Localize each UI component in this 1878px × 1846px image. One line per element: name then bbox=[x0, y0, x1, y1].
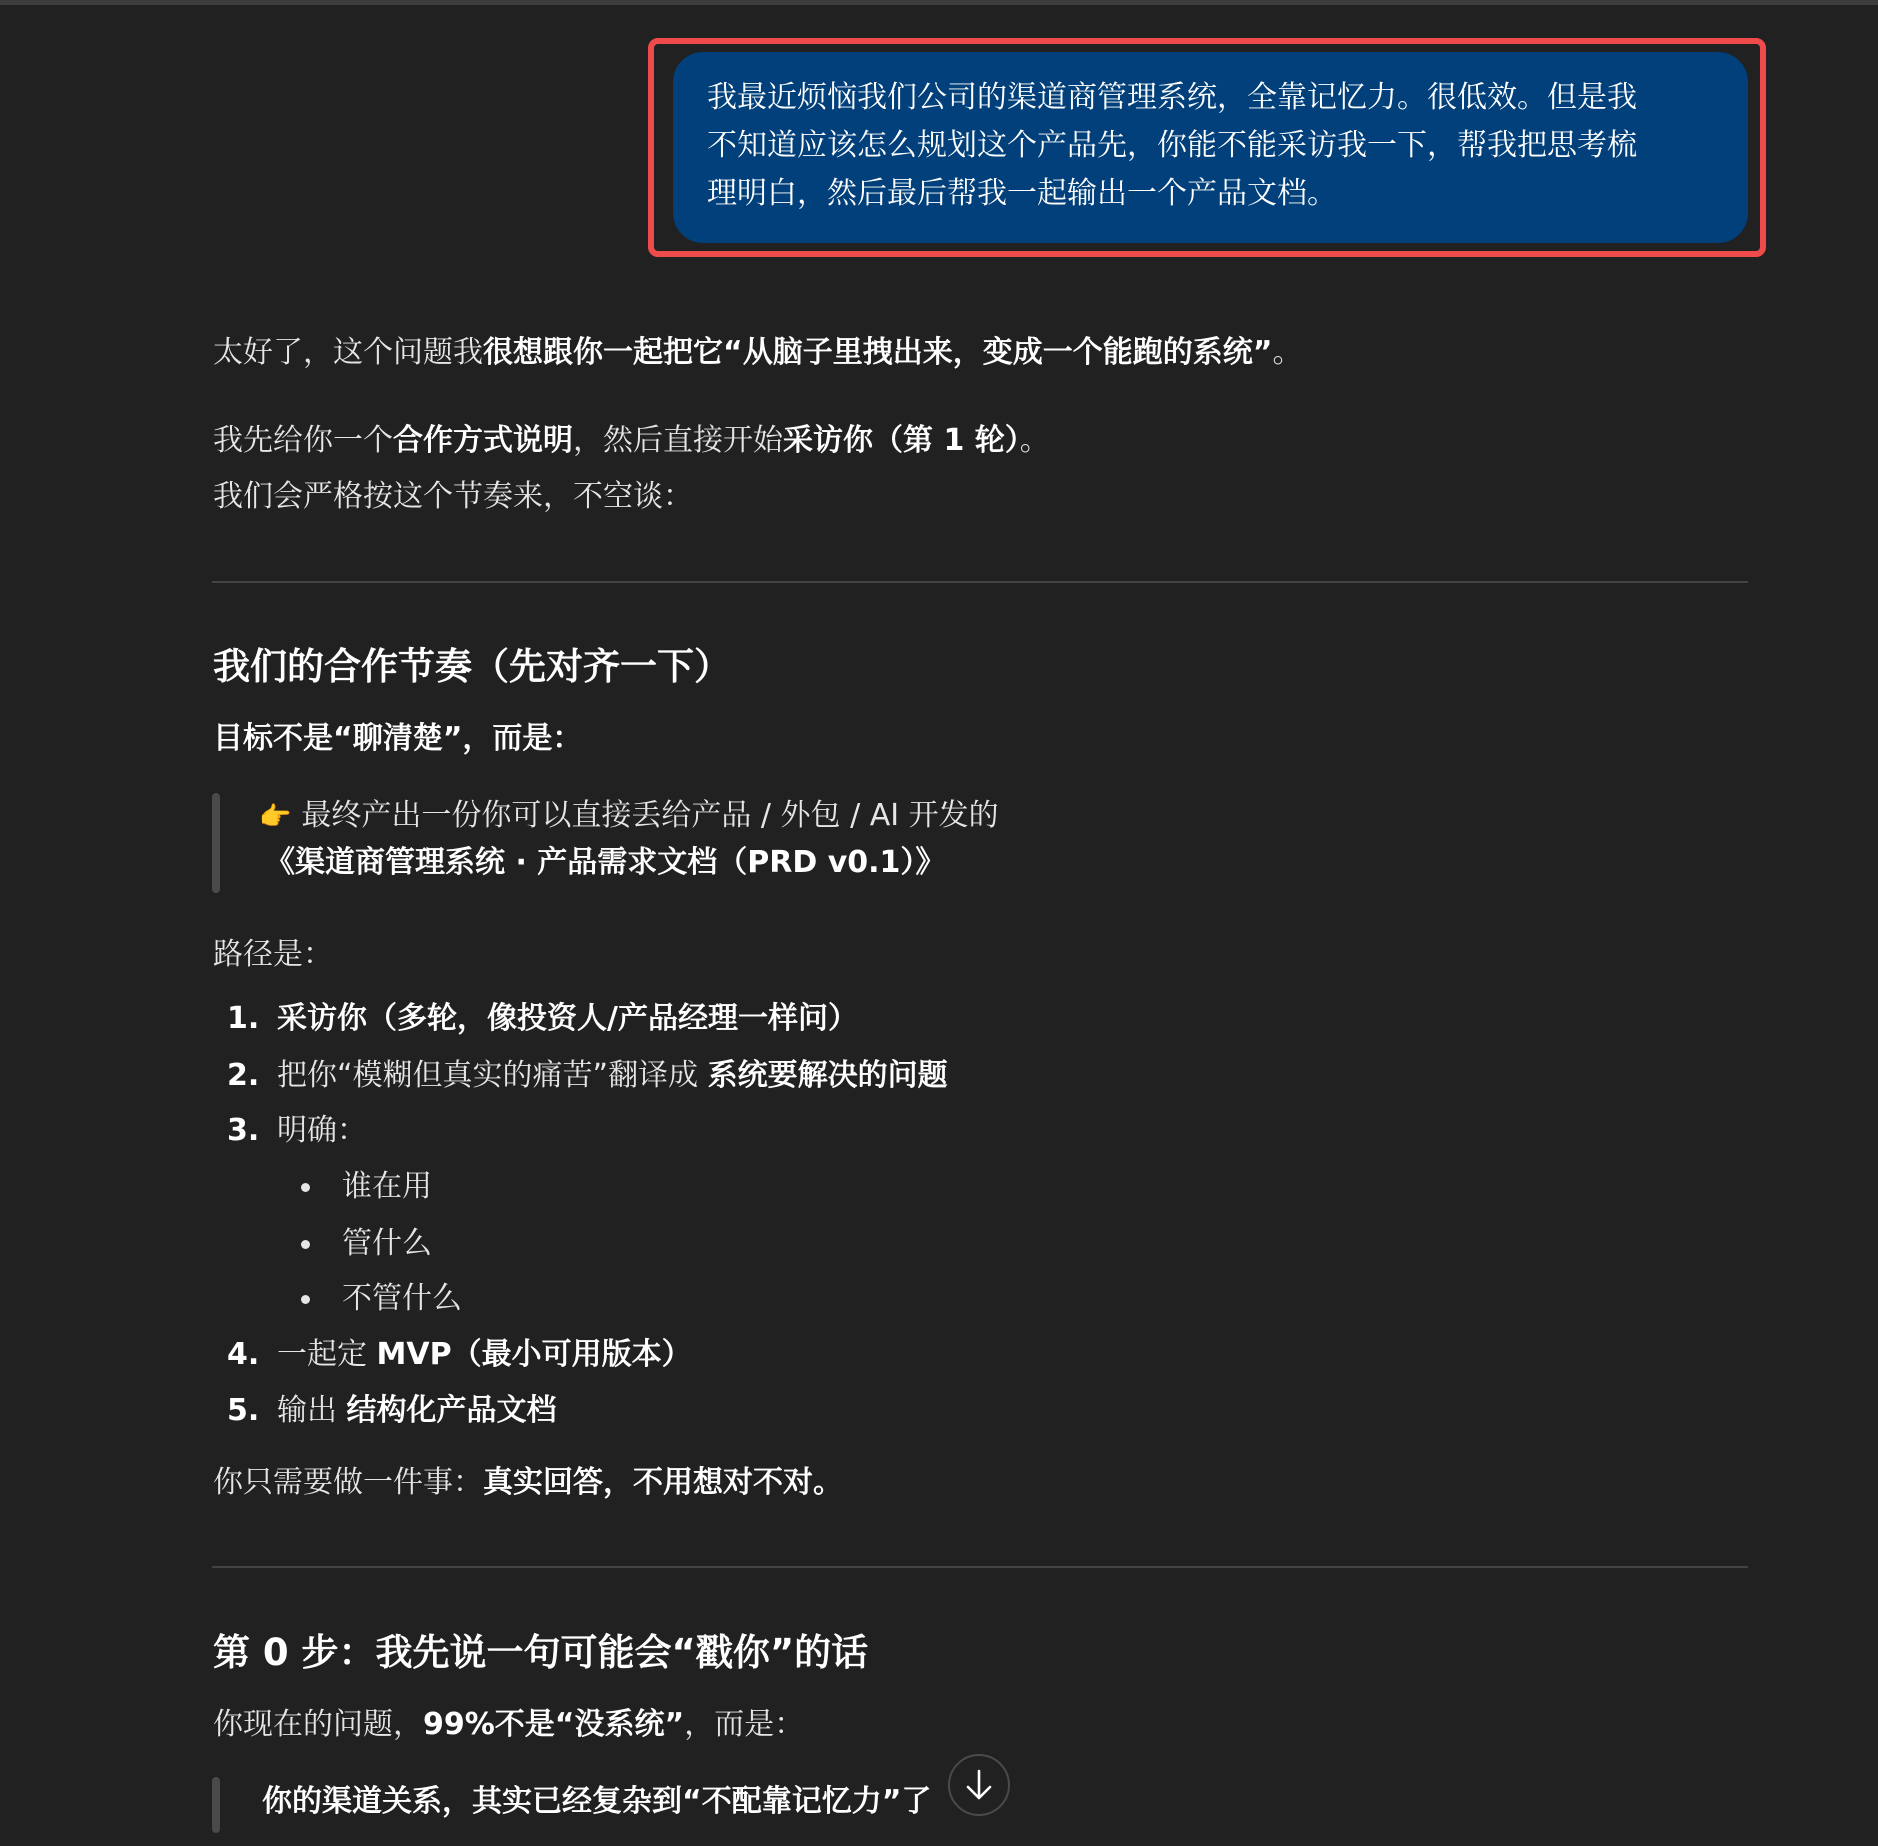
text: ，然后直接开始 bbox=[573, 423, 783, 458]
bullet-icon bbox=[301, 1183, 310, 1192]
sub-list-item: 不管什么 bbox=[342, 1277, 462, 1321]
list-item-4: 4.一起定 MVP（最小可用版本） bbox=[227, 1333, 692, 1377]
user-message-line: 理明白，然后最后帮我一起输出一个产品文档。 bbox=[707, 170, 1714, 218]
list-number: 2. bbox=[227, 1054, 277, 1098]
window-top-bar bbox=[0, 0, 1878, 5]
user-message-bubble: 我最近烦恼我们公司的渠道商管理系统，全靠记忆力。很低效。但是我 不知道应该怎么规… bbox=[673, 52, 1748, 243]
intro-paragraph-2: 我先给你一个合作方式说明，然后直接开始采访你（第 1 轮）。 bbox=[213, 419, 1050, 463]
list-item-1: 1.采访你（多轮，像投资人/产品经理一样问） bbox=[227, 997, 858, 1041]
text: 你现在的问题， bbox=[213, 1707, 423, 1742]
blockquote-line-2: 《渠道商管理系统 · 产品需求文档（PRD v0.1）》 bbox=[265, 841, 945, 885]
bold-text: 合作方式说明 bbox=[393, 423, 573, 458]
text: 。 bbox=[1272, 335, 1302, 370]
blockquote-bar bbox=[212, 793, 220, 893]
section-heading: 我们的合作节奏（先对齐一下） bbox=[213, 641, 731, 693]
text: 明确： bbox=[277, 1113, 367, 1148]
section2-paragraph: 你现在的问题，99%不是“没系统”，而是： bbox=[213, 1703, 804, 1747]
bold-text: 采访你（第 1 轮） bbox=[783, 423, 1020, 458]
user-message-line: 我最近烦恼我们公司的渠道商管理系统，全靠记忆力。很低效。但是我 bbox=[707, 74, 1714, 122]
text: 。 bbox=[1020, 423, 1050, 458]
text: 输出 bbox=[277, 1393, 347, 1428]
bold-text: 采访你（多轮，像投资人/产品经理一样问） bbox=[277, 1001, 858, 1036]
bold-text: 99%不是“没系统” bbox=[423, 1707, 684, 1742]
text: 最终产出一份你可以直接丢给产品 / 外包 / AI 开发的 bbox=[301, 798, 998, 833]
text: 把你“模糊但真实的痛苦”翻译成 bbox=[277, 1058, 708, 1093]
blockquote-bar bbox=[212, 1777, 220, 1833]
blockquote-text: 你的渠道关系，其实已经复杂到“不配靠记忆力”了 bbox=[262, 1780, 931, 1824]
list-number: 1. bbox=[227, 997, 277, 1041]
text: 你只需要做一件事： bbox=[213, 1465, 483, 1500]
blockquote-line-1: 👉最终产出一份你可以直接丢给产品 / 外包 / AI 开发的 bbox=[259, 794, 999, 839]
user-message-line: 不知道应该怎么规划这个产品先，你能不能采访我一下，帮我把思考梳 bbox=[707, 122, 1714, 170]
text: 一起定 bbox=[277, 1337, 377, 1372]
bullet-icon bbox=[301, 1240, 310, 1249]
text: 我先给你一个 bbox=[213, 423, 393, 458]
arrow-down-icon bbox=[964, 1768, 994, 1802]
list-item-5: 5.输出 结构化产品文档 bbox=[227, 1389, 557, 1433]
sub-list-item: 谁在用 bbox=[342, 1165, 432, 1209]
divider bbox=[212, 1566, 1748, 1568]
list-item-3: 3.明确： bbox=[227, 1109, 367, 1153]
bold-text: 真实回答，不用想对不对。 bbox=[483, 1465, 843, 1500]
goal-text: 目标不是“聊清楚”，而是： bbox=[213, 717, 582, 761]
text: 太好了，这个问题我 bbox=[213, 335, 483, 370]
list-number: 4. bbox=[227, 1333, 277, 1377]
list-number: 3. bbox=[227, 1109, 277, 1153]
list-item-2: 2.把你“模糊但真实的痛苦”翻译成 系统要解决的问题 bbox=[227, 1054, 948, 1098]
intro-paragraph-1: 太好了，这个问题我很想跟你一起把它“从脑子里拽出来，变成一个能跑的系统”。 bbox=[213, 331, 1302, 375]
bullet-icon bbox=[301, 1295, 310, 1304]
bold-text: 结构化产品文档 bbox=[347, 1393, 557, 1428]
bold-text: MVP（最小可用版本） bbox=[377, 1337, 692, 1372]
list-number: 5. bbox=[227, 1389, 277, 1433]
text: ，而是： bbox=[684, 1707, 804, 1742]
section-heading: 第 0 步：我先说一句可能会“戳你”的话 bbox=[213, 1627, 868, 1679]
sub-list-item: 管什么 bbox=[342, 1222, 432, 1266]
bold-text: 系统要解决的问题 bbox=[708, 1058, 948, 1093]
intro-paragraph-3: 我们会严格按这个节奏来，不空谈： bbox=[213, 475, 693, 519]
path-label: 路径是： bbox=[213, 933, 333, 977]
scroll-to-bottom-button[interactable] bbox=[948, 1754, 1010, 1816]
divider bbox=[212, 581, 1748, 583]
closing-paragraph: 你只需要做一件事：真实回答，不用想对不对。 bbox=[213, 1461, 843, 1505]
pointing-hand-icon: 👉 bbox=[259, 795, 291, 839]
bold-text: 很想跟你一起把它“从脑子里拽出来，变成一个能跑的系统” bbox=[483, 335, 1272, 370]
